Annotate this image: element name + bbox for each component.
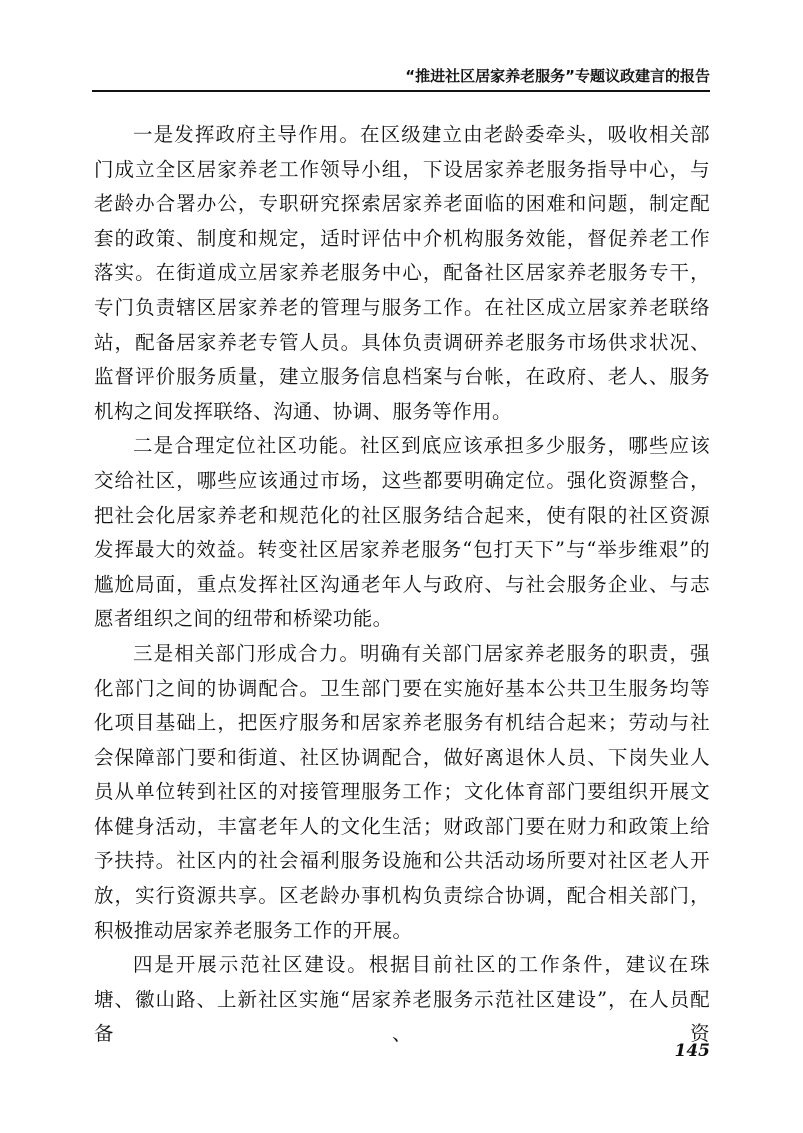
paragraph-4: 四是开展示范社区建设。根据目前社区的工作条件，建议在珠塘、徽山路、上新社区实施“… [94, 948, 710, 1052]
paragraph-2: 二是合理定位社区功能。社区到底应该承担多少服务，哪些应该交给社区，哪些应该通过市… [94, 429, 710, 637]
page-number: 145 [660, 1040, 710, 1062]
header-divider [92, 90, 710, 92]
paragraph-3: 三是相关部门形成合力。明确有关部门居家养老服务的职责，强化部门之间的协调配合。卫… [94, 637, 710, 948]
body-text: 一是发挥政府主导作用。在区级建立由老龄委牵头，吸收相关部门成立全区居家养老工作领… [94, 118, 710, 1052]
running-header-title: “推进社区居家养老服务”专题议政建言的报告 [92, 66, 710, 86]
paragraph-1: 一是发挥政府主导作用。在区级建立由老龄委牵头，吸收相关部门成立全区居家养老工作领… [94, 118, 710, 429]
